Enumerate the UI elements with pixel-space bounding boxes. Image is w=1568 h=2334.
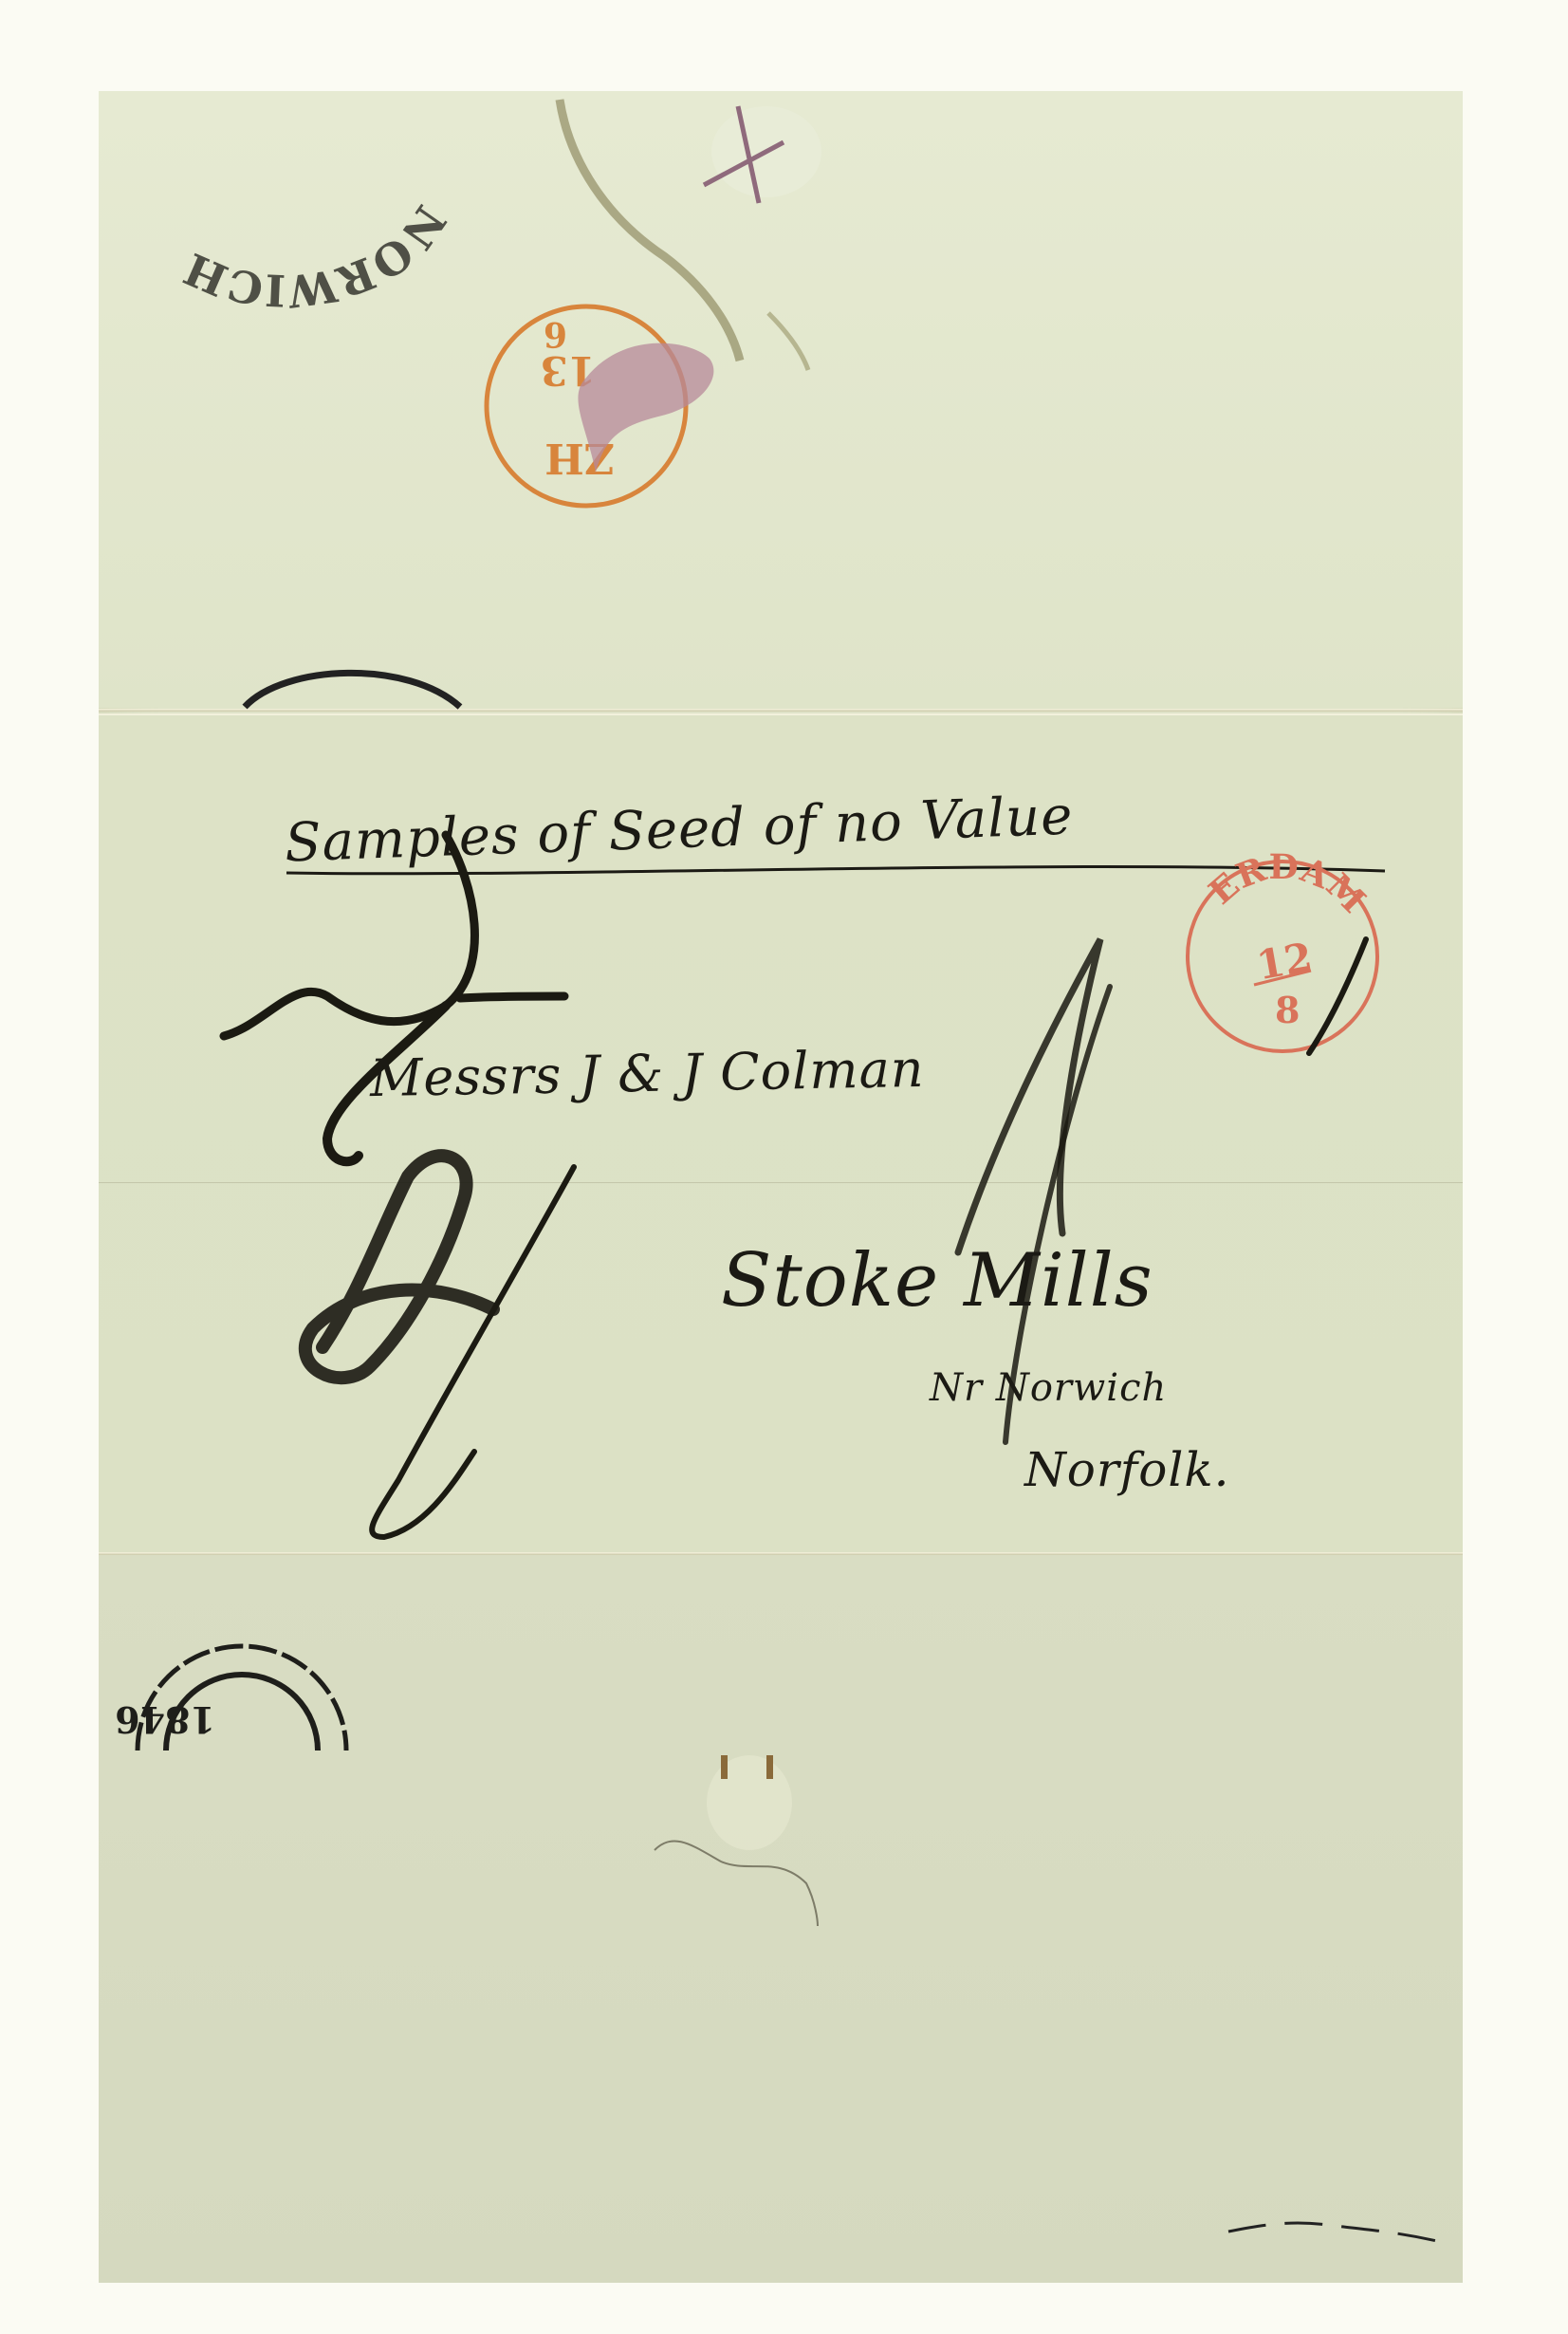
lower-seal-trace [655,1755,818,1926]
addressee-line: Messrs J & J Colman [369,1039,925,1108]
red-receiving-postmark: ZH 13 6 [487,306,713,506]
address-line-town: Nr Norwich [930,1366,1167,1410]
seal-impression [704,106,821,203]
svg-text:8: 8 [1275,989,1300,1031]
address-line-county: Norfolk. [1024,1442,1230,1497]
svg-text:12: 12 [1253,934,1316,989]
manuscript-rate-marks [224,835,1366,1537]
svg-text:NORWICH: NORWICH [176,196,455,318]
svg-text:6: 6 [544,314,567,354]
svg-text:ERDAM: ERDAM [1202,847,1374,921]
svg-text:1846: 1846 [115,1698,215,1741]
dated-postmark: 1846 [115,1646,346,1750]
address-line-street: Stoke Mills [721,1238,1153,1324]
norwich-postmark: NORWICH [142,171,456,317]
amsterdam-postmark: ERDAM 12 8 [1188,847,1377,1051]
ink-markings: NORWICH ZH 13 6 ERDAM 12 8 [0,0,1568,2334]
